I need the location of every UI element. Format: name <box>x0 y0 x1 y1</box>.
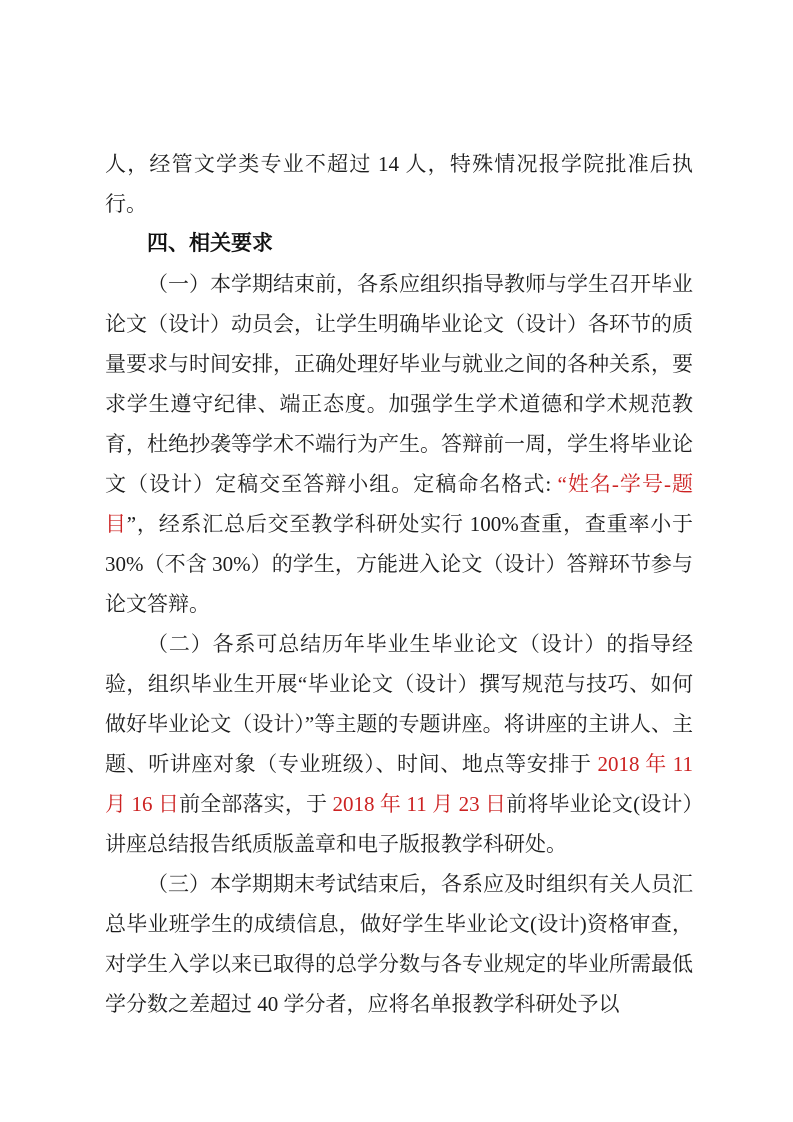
document-body: 人，经管文学类专业不超过 14 人，特殊情况报学院批准后执行。 四、相关要求 （… <box>105 144 693 1024</box>
section-heading: 四、相关要求 <box>105 224 693 264</box>
continuation-paragraph: 人，经管文学类专业不超过 14 人，特殊情况报学院批准后执行。 <box>105 144 693 224</box>
text-run: （一）本学期结束前，各系应组织指导教师与学生召开毕业论文（设计）动员会，让学生明… <box>105 272 693 496</box>
text-run: 人，经管文学类专业不超过 14 人，特殊情况报学院批准后执行。 <box>105 152 693 216</box>
paragraph-item-3: （三）本学期期末考试结束后，各系应及时组织有关人员汇总毕业班学生的成绩信息，做好… <box>105 864 693 1024</box>
text-run: （三）本学期期末考试结束后，各系应及时组织有关人员汇总毕业班学生的成绩信息，做好… <box>105 872 693 1016</box>
text-run: ”，经系汇总后交至教学科研处实行 100%查重，查重率小于 30%（不含 30%… <box>105 512 693 616</box>
document-page: 人，经管文学类专业不超过 14 人，特殊情况报学院批准后执行。 四、相关要求 （… <box>0 0 793 1122</box>
paragraph-item-1: （一）本学期结束前，各系应组织指导教师与学生召开毕业论文（设计）动员会，让学生明… <box>105 264 693 624</box>
highlight-date-deadline-2: 2018 年 11 月 23 日 <box>333 792 507 816</box>
paragraph-item-2: （二）各系可总结历年毕业生毕业论文（设计）的指导经验，组织毕业生开展“毕业论文（… <box>105 624 693 864</box>
text-run: 前全部落实，于 <box>179 792 332 816</box>
